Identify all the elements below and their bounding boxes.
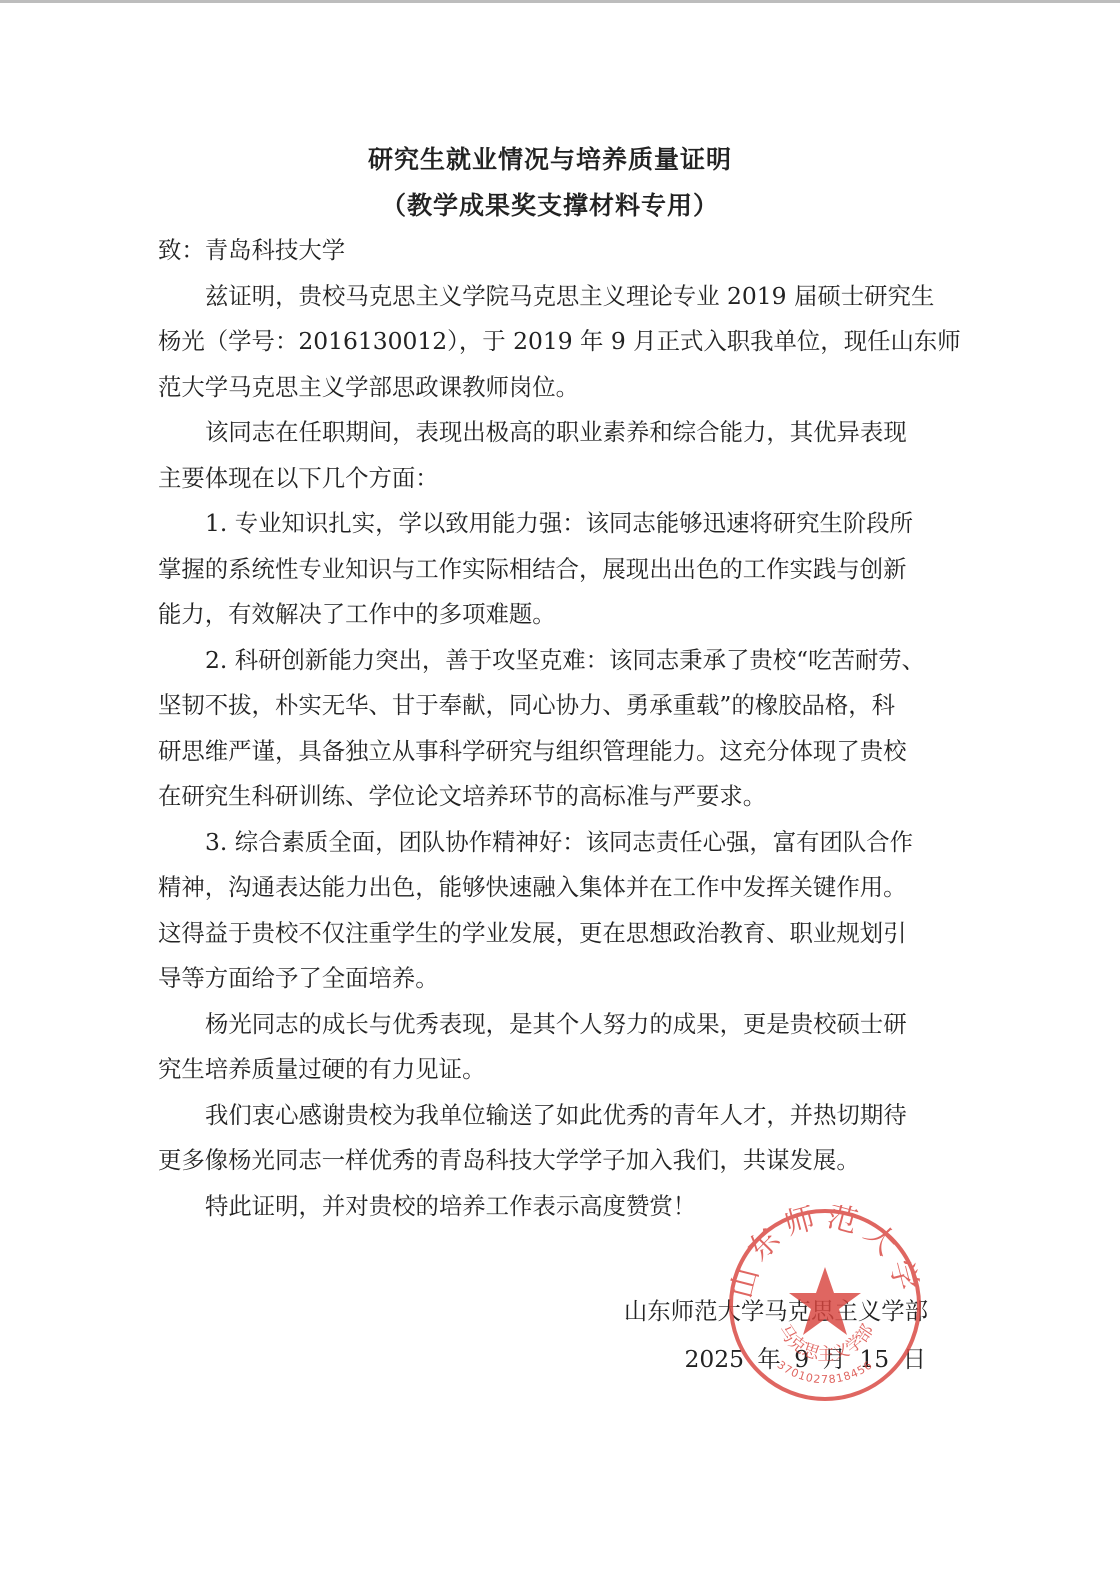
seal-inner-text: 马克思主义学部 (774, 1321, 878, 1365)
paragraph-line: 精神，沟通表达能力出色，能够快速融入集体并在工作中发挥关键作用。 (158, 865, 938, 911)
paragraph-intro: 兹证明，贵校马克思主义学院马克思主义理论专业 2019 届硕士研究生 杨光（学号… (158, 274, 938, 411)
letter-body: 致：青岛科技大学 兹证明，贵校马克思主义学院马克思主义理论专业 2019 届硕士… (158, 228, 938, 1229)
paragraph-line: 掌握的系统性专业知识与工作实际相结合，展现出出色的工作实践与创新 (158, 547, 938, 593)
paragraph-line: 坚韧不拔，朴实无华、甘于奉献，同心协力、勇承重载”的橡胶品格，科 (158, 683, 938, 729)
paragraph-line: 2. 科研创新能力突出，善于攻坚克难：该同志秉承了贵校“吃苦耐劳、 (158, 638, 938, 684)
paragraph-point-1: 1. 专业知识扎实，学以致用能力强：该同志能够迅速将研究生阶段所 掌握的系统性专… (158, 501, 938, 638)
paragraph-point-2: 2. 科研创新能力突出，善于攻坚克难：该同志秉承了贵校“吃苦耐劳、 坚韧不拔，朴… (158, 638, 938, 820)
paragraph-line: 导等方面给予了全面培养。 (158, 956, 938, 1002)
svg-text:马克思主义学部: 马克思主义学部 (774, 1321, 878, 1365)
paragraph-line: 兹证明，贵校马克思主义学院马克思主义理论专业 2019 届硕士研究生 (158, 274, 938, 320)
paragraph-line: 能力，有效解决了工作中的多项难题。 (158, 592, 938, 638)
paragraph-line: 我们衷心感谢贵校为我单位输送了如此优秀的青年人才，并热切期待 (158, 1093, 938, 1139)
document-subtitle: （教学成果奖支撑材料专用） (0, 186, 1100, 222)
paragraph-line: 在研究生科研训练、学位论文培养环节的高标准与严要求。 (158, 774, 938, 820)
paragraph-line: 主要体现在以下几个方面： (158, 456, 938, 502)
certificate-page: 研究生就业情况与培养质量证明 （教学成果奖支撑材料专用） 致：青岛科技大学 兹证… (0, 0, 1120, 1594)
paragraph-performance: 该同志在任职期间，表现出极高的职业素养和综合能力，其优异表现 主要体现在以下几个… (158, 410, 938, 501)
document-title: 研究生就业情况与培养质量证明 (0, 140, 1100, 176)
salutation: 致：青岛科技大学 (158, 228, 938, 274)
paragraph-line: 更多像杨光同志一样优秀的青岛科技大学学子加入我们，共谋发展。 (158, 1138, 938, 1184)
paragraph-line: 这得益于贵校不仅注重学生的学业发展，更在思想政治教育、职业规划引 (158, 911, 938, 957)
paragraph-line: 3. 综合素质全面，团队协作精神好：该同志责任心强，富有团队合作 (158, 820, 938, 866)
paragraph-point-3: 3. 综合素质全面，团队协作精神好：该同志责任心强，富有团队合作 精神，沟通表达… (158, 820, 938, 1002)
official-seal-icon: 山东师范大学 马克思主义学部 3701027818456 (725, 1205, 925, 1405)
paragraph-line: 1. 专业知识扎实，学以致用能力强：该同志能够迅速将研究生阶段所 (158, 501, 938, 547)
paragraph-thanks: 我们衷心感谢贵校为我单位输送了如此优秀的青年人才，并热切期待 更多像杨光同志一样… (158, 1093, 938, 1184)
paragraph-line: 杨光同志的成长与优秀表现，是其个人努力的成果，更是贵校硕士研 (158, 1002, 938, 1048)
paragraph-testimony: 杨光同志的成长与优秀表现，是其个人努力的成果，更是贵校硕士研 究生培养质量过硬的… (158, 1002, 938, 1093)
paragraph-line: 该同志在任职期间，表现出极高的职业素养和综合能力，其优异表现 (158, 410, 938, 456)
paragraph-line: 究生培养质量过硬的有力见证。 (158, 1047, 938, 1093)
paragraph-line: 范大学马克思主义学部思政课教师岗位。 (158, 365, 938, 411)
paragraph-line: 研思维严谨，具备独立从事科学研究与组织管理能力。这充分体现了贵校 (158, 729, 938, 775)
paragraph-line: 杨光（学号：2016130012），于 2019 年 9 月正式入职我单位，现任… (158, 319, 938, 365)
